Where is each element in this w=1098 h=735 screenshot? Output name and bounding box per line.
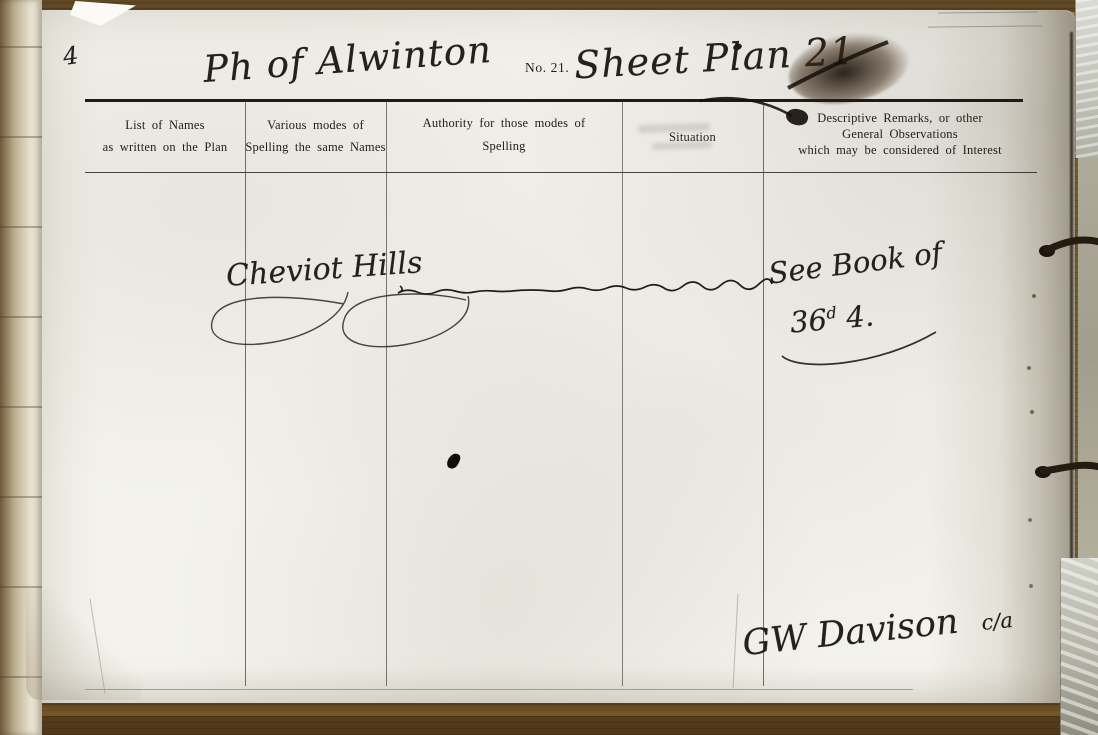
column-divider-4 (763, 101, 764, 686)
header-line: Spelling (386, 135, 622, 158)
header-line: General Observations (763, 126, 1037, 142)
scanned-document-photo: 4 Ph of Alwinton No. 21. Sheet Plan 21 L… (0, 0, 1098, 735)
remarks-number: 36 (789, 303, 829, 340)
tape-piece-top-right (1075, 0, 1098, 158)
remarks-rest: 4. (836, 298, 876, 335)
table-rule-header-bottom (85, 172, 1037, 173)
column-header-list-of-names: List of Names as written on the Plan (85, 114, 245, 158)
cover-edge-right (1078, 158, 1098, 558)
table-rule-top (85, 99, 1023, 102)
sheet-number-label: No. 21. (525, 60, 569, 76)
remarks-script-line2: 36d 4. (789, 298, 876, 339)
tape-piece-bottom-right (1060, 558, 1098, 735)
signature-suffix: c/a (980, 608, 1014, 635)
wood-table-bottom-edge (0, 716, 1098, 735)
column-divider-3 (622, 101, 623, 686)
column-header-various-modes: Various modes of Spelling the same Names (245, 114, 386, 158)
header-line: as written on the Plan (85, 136, 245, 158)
header-line: Spelling the same Names (245, 136, 386, 158)
column-header-authority: Authority for those modes of Spelling (386, 112, 622, 158)
fold-shading-bottom-left (26, 588, 141, 700)
header-line: Various modes of (245, 114, 386, 136)
header-line: which may be considered of Interest (763, 142, 1037, 158)
column-divider-2 (386, 101, 387, 686)
header-line: List of Names (85, 114, 245, 136)
header-line: Authority for those modes of (386, 112, 622, 135)
column-divider-1 (245, 101, 246, 686)
page-bottom-edge-line (85, 689, 913, 690)
